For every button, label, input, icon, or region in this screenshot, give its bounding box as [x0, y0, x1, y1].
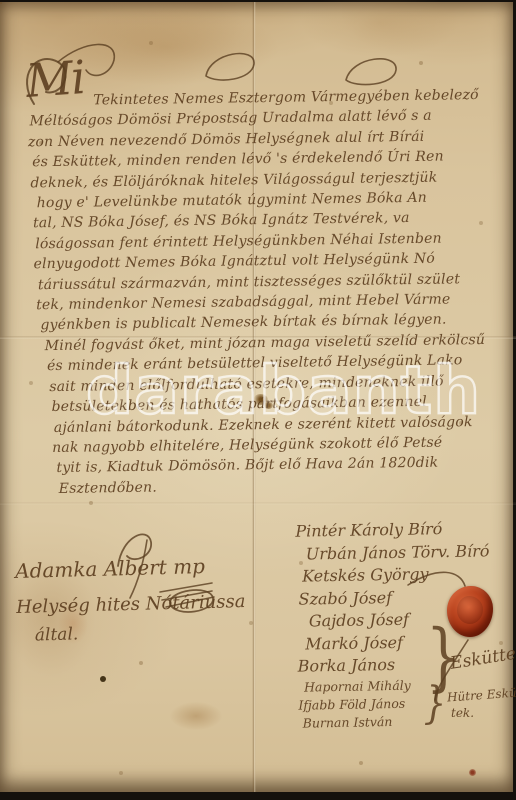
stain [100, 676, 106, 682]
notary-signature-block: Adamka Albert mp Helység hites Nótáriuss… [15, 553, 247, 646]
horizontal-fold-crease [0, 502, 516, 505]
paper-speckles [0, 2, 2, 4]
photo-frame: { "photo": { "watermark": "darabanth", "… [0, 0, 516, 800]
notary-signature: Adamka Albert mp [15, 553, 245, 583]
notary-title: Helység hites Nótáriussa [16, 591, 246, 618]
manuscript-body: Tekintetes Nemes Esztergom Vármegyében k… [27, 85, 511, 500]
sworn-brace: } [424, 682, 446, 726]
stain [469, 769, 476, 776]
stain [170, 702, 222, 730]
stain [50, 8, 280, 86]
signature: Ketskés György [302, 562, 490, 588]
sworn-label: tek. [451, 706, 474, 720]
wax-seal-relief [457, 596, 483, 624]
stain [300, 0, 460, 58]
signature: Urbán János Törv. Bíró [306, 540, 490, 566]
signature: Pintér Károly Bíró [295, 517, 489, 543]
